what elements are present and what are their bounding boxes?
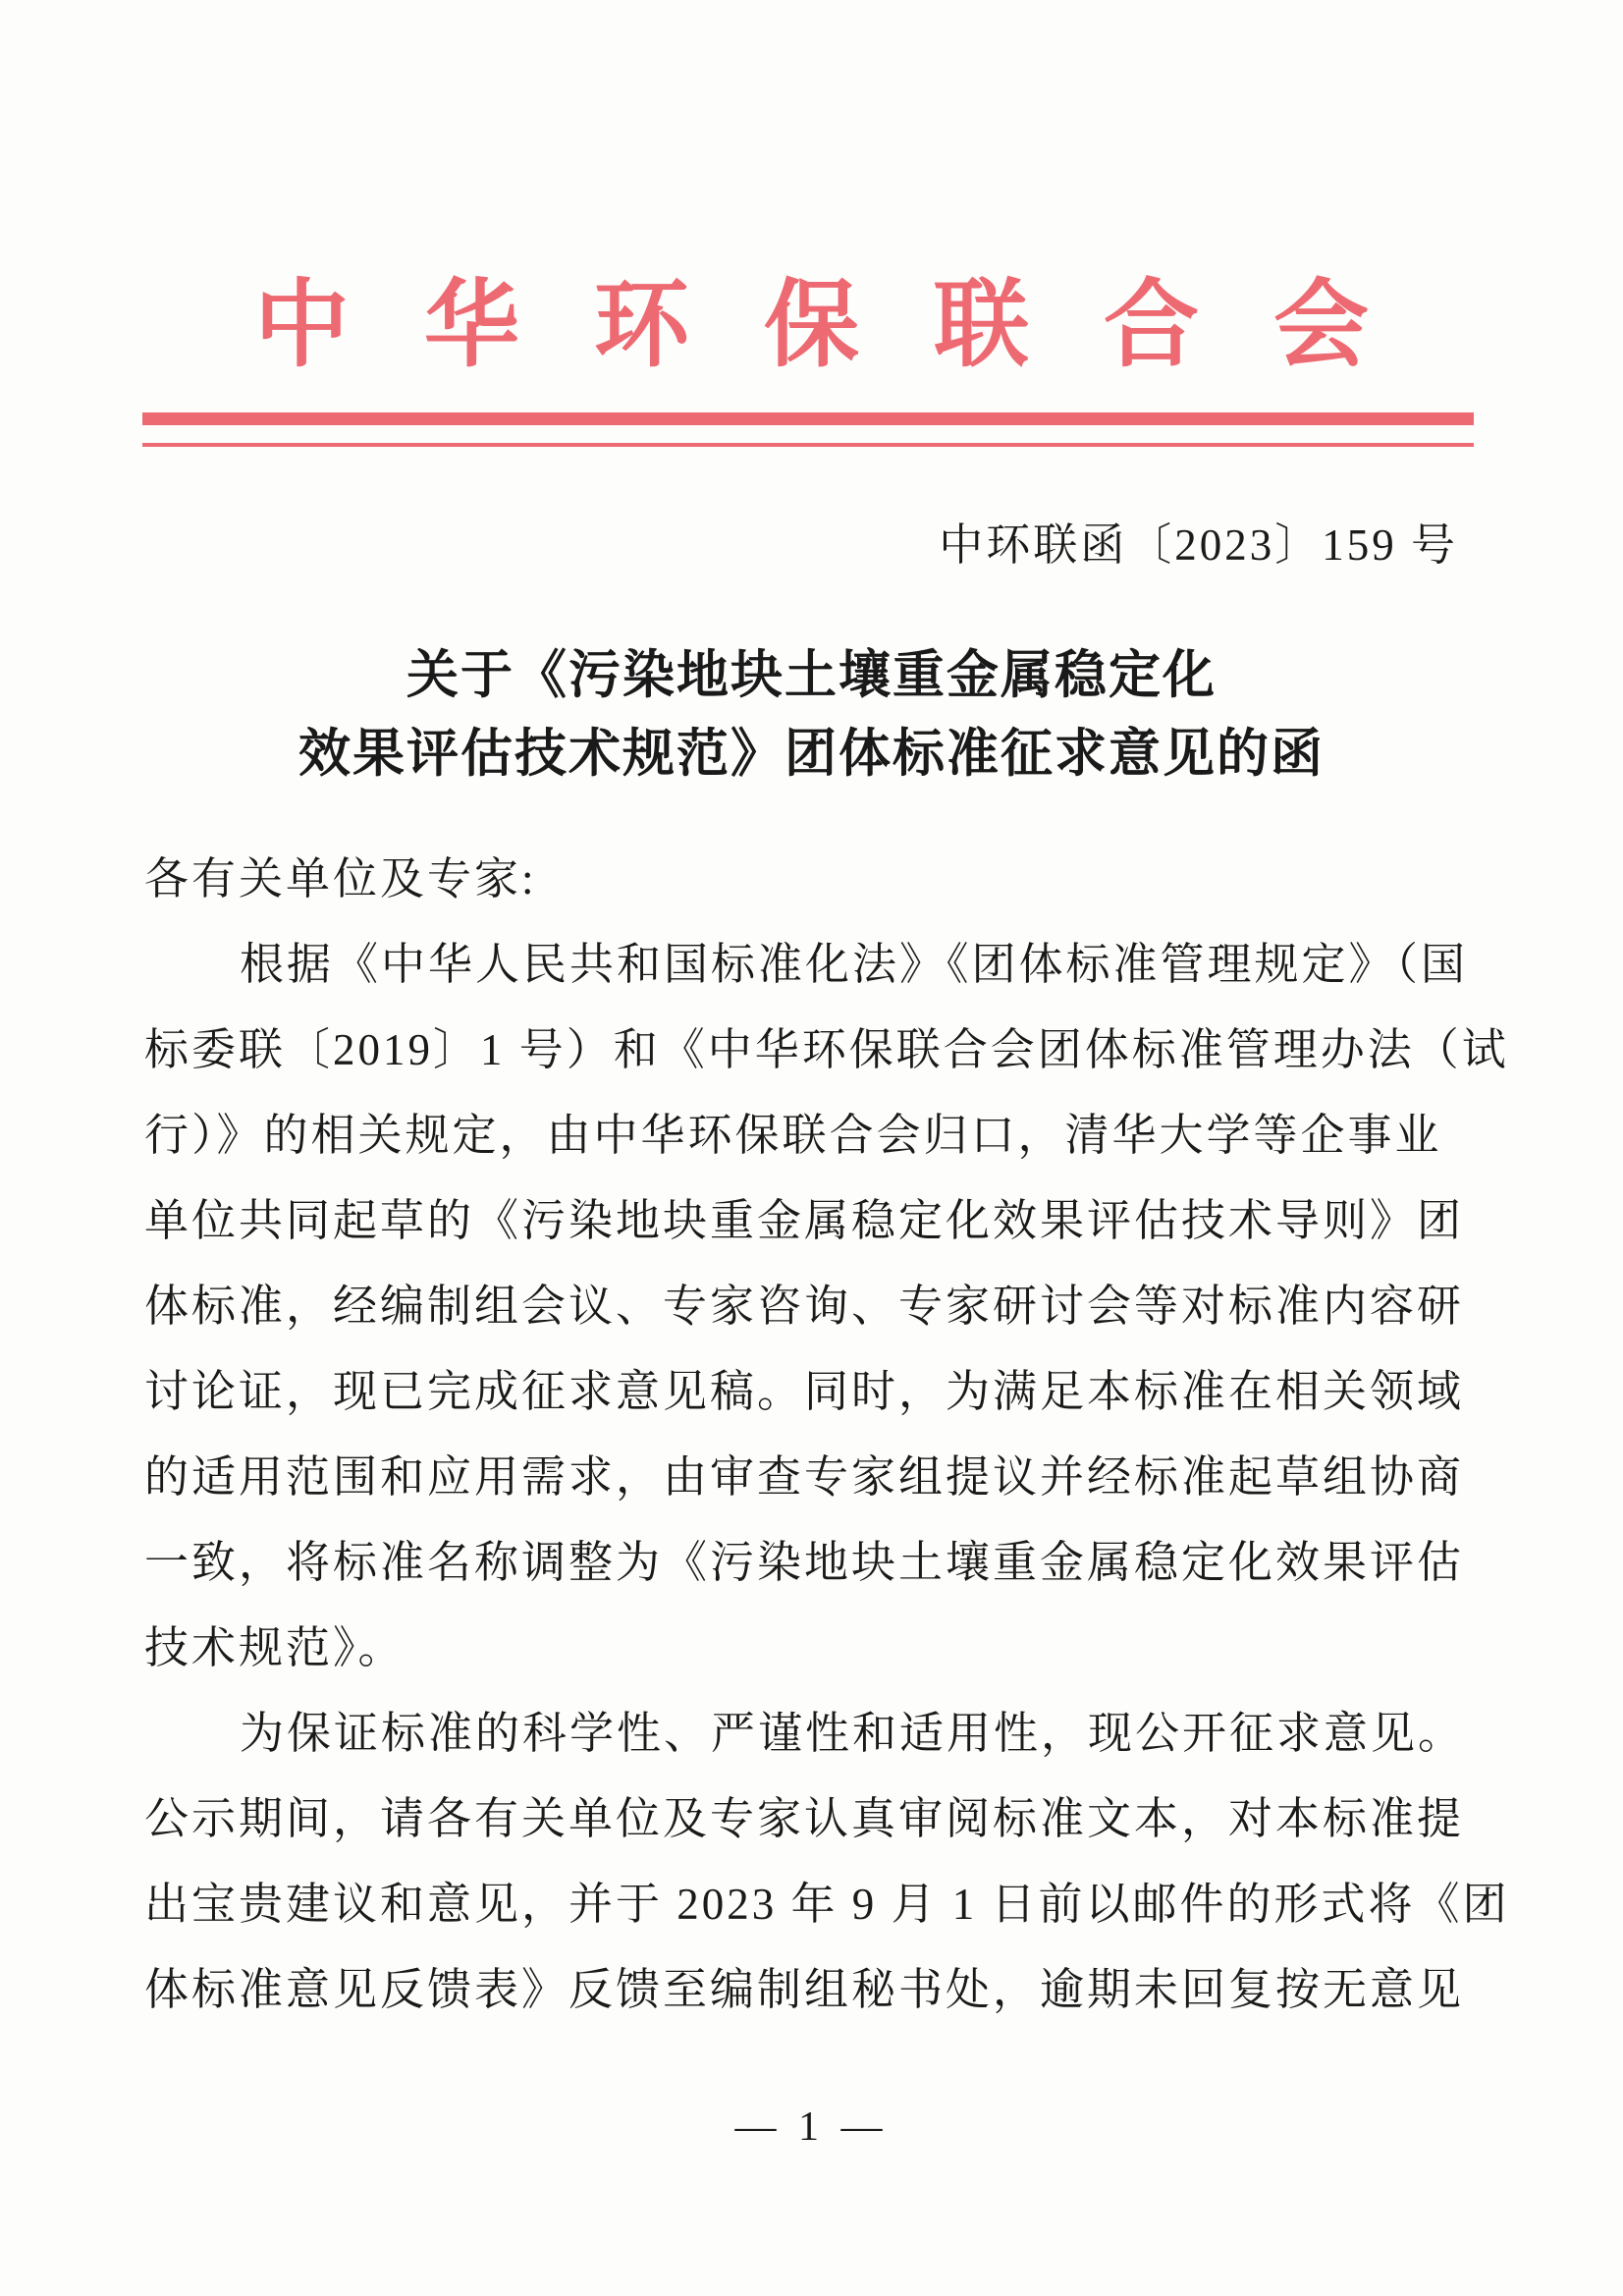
letterhead-rule-thick [142,412,1474,425]
document-body: 各有关单位及专家: 根据《中华人民共和国标准化法》《团体标准管理规定》（国 标委… [144,837,1476,2033]
body-line: 体标准，经编制组会议、专家咨询、专家研讨会等对标准内容研 [144,1264,1476,1349]
body-line: 标委联〔2019〕1 号）和《中华环保联合会团体标准管理办法（试 [144,1008,1476,1093]
body-line: 行）》的相关规定，由中华环保联合会归口，清华大学等企事业 [144,1093,1476,1178]
body-line: 讨论证，现已完成征求意见稿。同时，为满足本标准在相关领域 [144,1349,1476,1435]
letterhead-org-name: 中华环保联合会 [0,247,1623,385]
body-line: 为保证标准的科学性、严谨性和适用性，现公开征求意见。 [144,1691,1476,1777]
document-reference-number: 中环联函〔2023〕159 号 [939,509,1458,573]
salutation: 各有关单位及专家: [144,837,1476,922]
body-line: 出宝贵建议和意见，并于 2023 年 9 月 1 日前以邮件的形式将《团 [144,1862,1476,1947]
body-line: 公示期间，请各有关单位及专家认真审阅标准文本，对本标准提 [144,1777,1476,1862]
letterhead-rule-thin [142,443,1474,447]
document-title-line-2: 效果评估技术规范》团体标准征求意见的函 [0,715,1623,793]
document-title: 关于《污染地块土壤重金属稳定化 效果评估技术规范》团体标准征求意见的函 [0,636,1623,793]
body-line: 一致，将标准名称调整为《污染地块土壤重金属稳定化效果评估 [144,1520,1476,1606]
page-number: — 1 — [0,2104,1623,2151]
body-line: 单位共同起草的《污染地块重金属稳定化效果评估技术导则》团 [144,1178,1476,1264]
body-line: 根据《中华人民共和国标准化法》《团体标准管理规定》（国 [144,922,1476,1008]
body-line: 的适用范围和应用需求，由审查专家组提议并经标准起草组协商 [144,1435,1476,1520]
document-page: 中华环保联合会 中环联函〔2023〕159 号 关于《污染地块土壤重金属稳定化 … [0,0,1623,2296]
document-title-line-1: 关于《污染地块土壤重金属稳定化 [0,636,1623,715]
body-line: 技术规范》。 [144,1606,1476,1691]
body-line: 体标准意见反馈表》反馈至编制组秘书处，逾期未回复按无意见 [144,1947,1476,2033]
